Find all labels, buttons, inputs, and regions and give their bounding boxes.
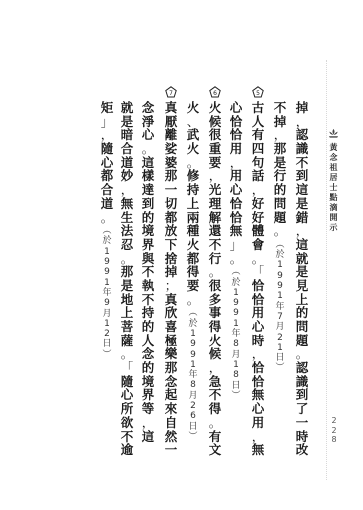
glyph: 是 <box>119 115 135 129</box>
glyph: 都 <box>163 211 179 225</box>
glyph: 這 <box>294 238 310 252</box>
glyph: 法 <box>119 224 135 238</box>
glyph: 喜 <box>163 320 179 334</box>
glyph: 界 <box>140 238 156 252</box>
glyph: 有 <box>207 430 223 444</box>
glyph: 得 <box>207 320 223 334</box>
glyph: 一 <box>163 183 179 197</box>
glyph: 樣 <box>140 169 156 183</box>
glyph: 極 <box>163 334 179 348</box>
glyph: 文 <box>207 443 223 457</box>
glyph: 是 <box>294 197 310 211</box>
glyph: 。 <box>250 252 266 266</box>
glyph: 人 <box>140 334 156 348</box>
text-column: 真厭離娑婆那一切都放下捨掉；真欣喜極樂那念起來自然一 <box>163 101 179 457</box>
glyph: ， <box>207 169 223 183</box>
glyph: 持 <box>140 306 156 320</box>
glyph: 識 <box>294 142 310 156</box>
glyph: 火 <box>207 101 223 115</box>
glyph: 心 <box>119 388 135 402</box>
glyph: 事 <box>207 306 223 320</box>
text-column: 心恰恰用，用心恰恰無」。︵於1991年8月18日︶ <box>228 101 244 401</box>
glyph: ， <box>228 156 244 170</box>
glyph: 上 <box>294 293 310 307</box>
glyph: 一 <box>163 443 179 457</box>
glyph: 還 <box>207 224 223 238</box>
glyph: 然 <box>163 430 179 444</box>
glyph: 的 <box>140 320 156 334</box>
glyph: 與 <box>140 252 156 266</box>
glyph: 行 <box>272 169 288 183</box>
glyph: 起 <box>163 388 179 402</box>
date-note: ︵於1991年7月21日︶ <box>275 240 284 374</box>
glyph: 。 <box>185 156 201 170</box>
glyph: ， <box>119 183 135 197</box>
glyph: 無 <box>228 224 244 238</box>
glyph: 婆 <box>163 156 179 170</box>
svg-text:6: 6 <box>213 90 217 97</box>
glyph: 無 <box>119 197 135 211</box>
header-char: 祖 <box>330 163 338 173</box>
glyph: 都 <box>99 169 115 183</box>
text-column: 不掉，那是行的問題。︵於1991年7月21日︶ <box>272 101 288 374</box>
glyph: 種 <box>185 224 201 238</box>
text-column: 念淨心。這樣達到的境界與不執不持的人念的境界等，這 <box>140 101 156 443</box>
glyph: 欣 <box>163 306 179 320</box>
glyph: 上 <box>185 197 201 211</box>
date-note: ︵於1991年9月12日︶ <box>102 226 111 360</box>
glyph: ， <box>272 128 288 142</box>
glyph: 生 <box>119 211 135 225</box>
glyph: 這 <box>140 430 156 444</box>
running-header: 黃念祖居士點滴開示 <box>327 128 340 233</box>
glyph: 識 <box>294 375 310 389</box>
glyph: 執 <box>140 279 156 293</box>
glyph: ， <box>99 128 115 142</box>
glyph: 理 <box>207 197 223 211</box>
glyph: 候 <box>207 115 223 129</box>
glyph: 恰 <box>250 361 266 375</box>
header-title: 黃念祖居士點滴開示 <box>330 143 338 233</box>
glyph: 妙 <box>119 169 135 183</box>
glyph: 要 <box>207 156 223 170</box>
glyph: 認 <box>294 128 310 142</box>
glyph: 都 <box>185 252 201 266</box>
glyph: 修 <box>185 169 201 183</box>
glyph: 句 <box>250 156 266 170</box>
glyph: 恰 <box>228 211 244 225</box>
glyph: 四 <box>250 142 266 156</box>
glyph: 真 <box>163 293 179 307</box>
glyph: 好 <box>250 211 266 225</box>
glyph: 了 <box>294 402 310 416</box>
glyph: 這 <box>294 183 310 197</box>
glyph: 樂 <box>163 347 179 361</box>
glyph: 念 <box>140 101 156 115</box>
glyph: 厭 <box>163 115 179 129</box>
glyph: 。 <box>272 224 288 238</box>
svg-text:7: 7 <box>169 90 173 97</box>
header-char: 黃 <box>330 143 338 153</box>
glyph: 認 <box>294 361 310 375</box>
glyph: 菩 <box>119 320 135 334</box>
glyph: 見 <box>294 279 310 293</box>
page-number: 228 <box>328 416 340 445</box>
glyph: ， <box>250 347 266 361</box>
glyph: 。 <box>207 265 223 279</box>
glyph: 不 <box>294 156 310 170</box>
glyph: 合 <box>119 142 135 156</box>
glyph: 到 <box>294 169 310 183</box>
glyph: 用 <box>250 416 266 430</box>
header-char: 點 <box>330 193 338 203</box>
glyph: 那 <box>119 265 135 279</box>
glyph: 離 <box>163 128 179 142</box>
glyph: 不 <box>140 265 156 279</box>
glyph: 候 <box>207 347 223 361</box>
glyph: 火 <box>185 101 201 115</box>
glyph: 好 <box>250 197 266 211</box>
header-char: 開 <box>330 213 338 223</box>
date-note: ︵於1991年8月26日︶ <box>188 308 197 442</box>
glyph: 。 <box>140 142 156 156</box>
glyph: 問 <box>294 320 310 334</box>
glyph: 恰 <box>228 197 244 211</box>
glyph: 無 <box>250 388 266 402</box>
glyph: 心 <box>228 101 244 115</box>
glyph: 武 <box>185 128 201 142</box>
glyph: 所 <box>119 402 135 416</box>
glyph: 會 <box>250 238 266 252</box>
glyph: 用 <box>250 306 266 320</box>
glyph: 掉 <box>163 265 179 279</box>
glyph: 。 <box>228 252 244 266</box>
glyph: 欲 <box>119 416 135 430</box>
text-column: 掉，認識不到這是錯，這就是見上的問題。認識到了一時改 <box>294 101 310 457</box>
glyph: 那 <box>163 169 179 183</box>
margin-rule <box>326 60 327 480</box>
glyph: 很 <box>207 128 223 142</box>
glyph: 不 <box>272 101 288 115</box>
glyph: 題 <box>294 334 310 348</box>
glyph: 是 <box>119 279 135 293</box>
glyph: 是 <box>272 156 288 170</box>
glyph: 心 <box>99 156 115 170</box>
glyph: 道 <box>99 197 115 211</box>
glyph: 不 <box>207 238 223 252</box>
glyph: 時 <box>250 334 266 348</box>
glyph: ； <box>163 279 179 293</box>
glyph: 多 <box>207 293 223 307</box>
glyph: 解 <box>207 211 223 225</box>
glyph: 心 <box>140 128 156 142</box>
glyph: 界 <box>140 388 156 402</box>
header-char: 念 <box>330 153 338 163</box>
svg-text:5: 5 <box>256 90 260 97</box>
glyph: 不 <box>119 430 135 444</box>
glyph: 持 <box>185 183 201 197</box>
glyph: 暗 <box>119 128 135 142</box>
glyph: 道 <box>119 156 135 170</box>
glyph: 很 <box>207 279 223 293</box>
glyph: 娑 <box>163 142 179 156</box>
glyph: 光 <box>207 183 223 197</box>
glyph: 」 <box>99 115 115 129</box>
glyph: 那 <box>272 142 288 156</box>
glyph: 心 <box>250 320 266 334</box>
glyph: 到 <box>294 388 310 402</box>
glyph: 的 <box>294 306 310 320</box>
glyph: 自 <box>163 416 179 430</box>
glyph: 的 <box>140 211 156 225</box>
glyph: 心 <box>250 402 266 416</box>
glyph: 火 <box>207 334 223 348</box>
glyph: 就 <box>294 252 310 266</box>
glyph: 到 <box>140 197 156 211</box>
glyph: 那 <box>163 361 179 375</box>
glyph: 是 <box>294 265 310 279</box>
glyph: 捨 <box>163 252 179 266</box>
header-char: 滴 <box>330 203 338 213</box>
header-char: 士 <box>330 183 338 193</box>
glyph: 恰 <box>228 128 244 142</box>
glyph: 不 <box>207 388 223 402</box>
glyph: 問 <box>272 197 288 211</box>
glyph: 達 <box>140 183 156 197</box>
lotus-icon <box>328 128 339 139</box>
glyph: 下 <box>163 238 179 252</box>
text-column: 火候很重要，光理解還不行。很多事得火候，急不得。有文 <box>207 101 223 457</box>
glyph: 「 <box>250 265 266 279</box>
date-note: ︵於1991年8月18日︶ <box>231 267 240 401</box>
glyph: 有 <box>250 128 266 142</box>
glyph: 恰 <box>228 115 244 129</box>
glyph: 錯 <box>294 211 310 225</box>
glyph: ， <box>250 430 266 444</box>
glyph: 一 <box>294 416 310 430</box>
entry-number-badge: 6 <box>209 86 221 98</box>
glyph: 兩 <box>185 211 201 225</box>
glyph: 恰 <box>250 375 266 389</box>
glyph: 地 <box>119 293 135 307</box>
glyph: 的 <box>272 183 288 197</box>
page-number-digit: 2 <box>331 416 336 426</box>
glyph: 時 <box>294 430 310 444</box>
page-number-digit: 2 <box>331 426 336 436</box>
glyph: 逾 <box>119 443 135 457</box>
text-column: 矩」，隨心都合道。︵於1991年9月12日︶ <box>99 101 115 360</box>
glyph: 、 <box>185 115 201 129</box>
book-page: 黃念祖居士點滴開示 228 掉，認識不到這是錯，這就是見上的問題。認識到了一時改… <box>0 0 363 510</box>
glyph: 念 <box>163 375 179 389</box>
glyph: 這 <box>140 156 156 170</box>
glyph: 隨 <box>119 375 135 389</box>
glyph: 隨 <box>99 142 115 156</box>
glyph: 薩 <box>119 334 135 348</box>
glyph: 的 <box>140 361 156 375</box>
glyph: 「 <box>119 361 135 375</box>
glyph: 用 <box>228 169 244 183</box>
entry-number-badge: 7 <box>165 86 177 98</box>
glyph: 掉 <box>294 101 310 115</box>
glyph: 話 <box>250 169 266 183</box>
page-number-digit: 8 <box>331 435 336 445</box>
glyph: 上 <box>119 306 135 320</box>
glyph: 境 <box>140 224 156 238</box>
glyph: 要 <box>185 279 201 293</box>
glyph: 來 <box>163 402 179 416</box>
entry-number-badge: 5 <box>252 86 264 98</box>
glyph: 。 <box>119 252 135 266</box>
glyph: ， <box>140 416 156 430</box>
glyph: 心 <box>228 183 244 197</box>
glyph: 放 <box>163 224 179 238</box>
glyph: 火 <box>185 238 201 252</box>
glyph: 。 <box>294 347 310 361</box>
header-char: 居 <box>330 173 338 183</box>
glyph: 得 <box>185 265 201 279</box>
glyph: 火 <box>185 142 201 156</box>
glyph: 人 <box>250 115 266 129</box>
glyph: 淨 <box>140 115 156 129</box>
glyph: 矩 <box>99 101 115 115</box>
glyph: 。 <box>99 211 115 225</box>
header-char: 示 <box>330 223 338 233</box>
glyph: 無 <box>250 443 266 457</box>
glyph: 境 <box>140 375 156 389</box>
glyph: 念 <box>140 347 156 361</box>
glyph: 重 <box>207 142 223 156</box>
glyph: ， <box>250 183 266 197</box>
text-column: 古人有四句話，好好體會。「恰恰用心時，恰恰無心用，無 <box>250 101 266 457</box>
glyph: 。 <box>119 347 135 361</box>
glyph: 改 <box>294 443 310 457</box>
glyph: 。 <box>185 293 201 307</box>
glyph: ， <box>294 115 310 129</box>
glyph: 急 <box>207 375 223 389</box>
glyph: 得 <box>207 402 223 416</box>
glyph: 等 <box>140 402 156 416</box>
text-column: 火、武火。修持上兩種火都得要。︵於1991年8月26日︶ <box>185 101 201 442</box>
glyph: 。 <box>207 416 223 430</box>
glyph: 真 <box>163 101 179 115</box>
glyph: 合 <box>99 183 115 197</box>
glyph: ， <box>294 224 310 238</box>
glyph: 切 <box>163 197 179 211</box>
text-column: 就是暗合道妙，無生法忍。那是地上菩薩。「隨心所欲不逾 <box>119 101 135 457</box>
glyph: 恰 <box>250 293 266 307</box>
glyph: 掉 <box>272 115 288 129</box>
glyph: 體 <box>250 224 266 238</box>
glyph: 題 <box>272 211 288 225</box>
glyph: 行 <box>207 252 223 266</box>
glyph: 就 <box>119 101 135 115</box>
glyph: 恰 <box>250 279 266 293</box>
glyph: 忍 <box>119 238 135 252</box>
glyph: 古 <box>250 101 266 115</box>
glyph: 用 <box>228 142 244 156</box>
glyph: ， <box>207 361 223 375</box>
glyph: 」 <box>228 238 244 252</box>
glyph: 不 <box>140 293 156 307</box>
